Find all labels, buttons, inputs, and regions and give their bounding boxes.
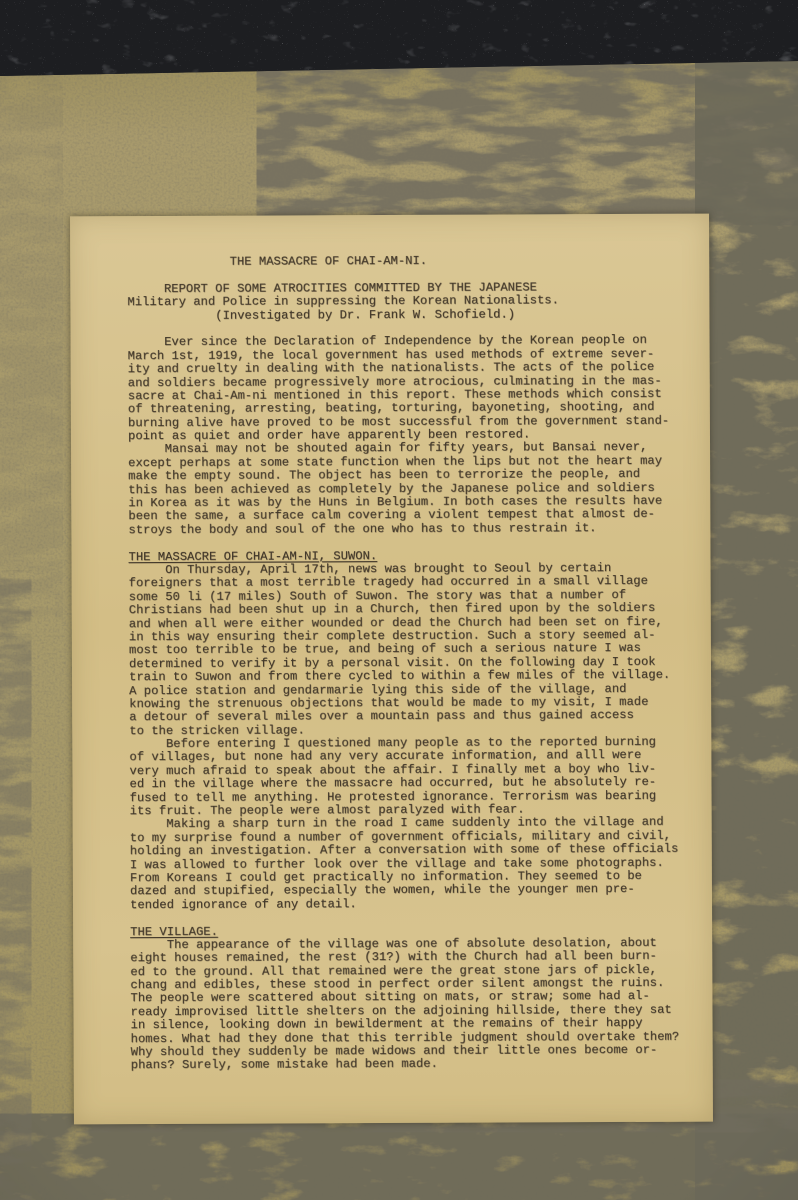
document-line: a detour of several miles over a mountai… [129,709,678,725]
document-paper: THE MASSACRE OF CHAI-AM-NI. REPORT OF SO… [70,214,713,1125]
photo-of-document: THE MASSACRE OF CHAI-AM-NI. REPORT OF SO… [0,0,798,1200]
document-line: phans? Surely, some mistake had been mad… [131,1057,680,1073]
document-text: THE MASSACRE OF CHAI-AM-NI. REPORT OF SO… [127,254,679,1073]
document-line: stroys the body and soul of the one who … [128,522,677,538]
document-line: dazed and stupified, especially the wome… [130,883,679,899]
